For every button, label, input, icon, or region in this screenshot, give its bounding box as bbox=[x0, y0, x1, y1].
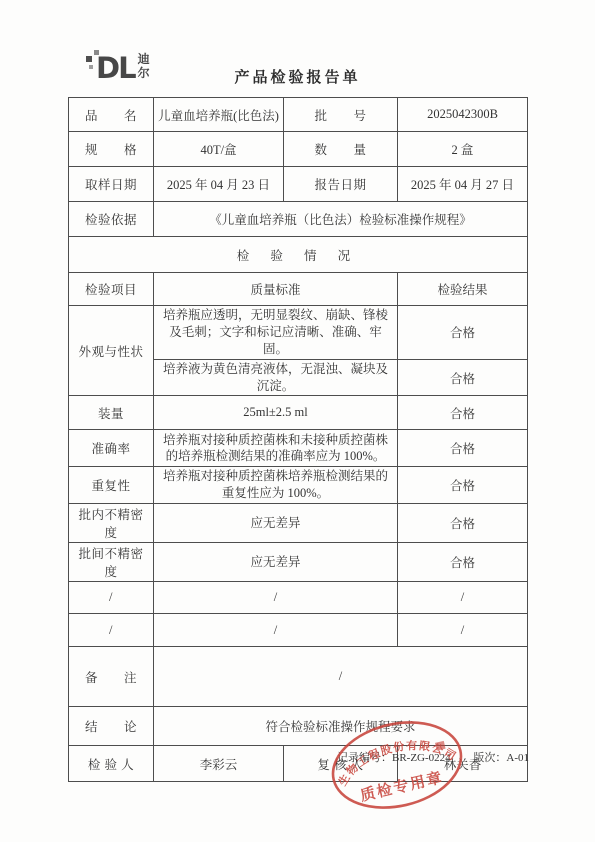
field-value: 《儿童血培养瓶（比色法）检验标准操作规程》 bbox=[154, 202, 528, 237]
quality-standard: / bbox=[154, 582, 398, 614]
inspector-name: 李彩云 bbox=[154, 746, 284, 782]
table-row: 重复性 培养瓶对接种质控菌株培养瓶检测结果的重复性应为 100%。 合格 bbox=[69, 467, 528, 504]
quality-standard: 25ml±2.5 ml bbox=[154, 396, 398, 430]
quality-standard: / bbox=[154, 614, 398, 647]
field-value: 儿童血培养瓶(比色法) bbox=[154, 98, 284, 132]
table-row: 装量 25ml±2.5 ml 合格 bbox=[69, 396, 528, 430]
table-row: / / / bbox=[69, 582, 528, 614]
inspection-result: 合格 bbox=[398, 396, 528, 430]
field-label: 批内不精密度 bbox=[69, 504, 154, 543]
field-label: 备 注 bbox=[69, 647, 154, 707]
field-label: / bbox=[69, 614, 154, 647]
field-label: 检 验 人 bbox=[69, 746, 154, 782]
stamp-ellipse bbox=[324, 710, 469, 819]
inspection-result: / bbox=[398, 614, 528, 647]
column-header-result: 检验结果 bbox=[398, 273, 528, 306]
field-label: 结 论 bbox=[69, 707, 154, 746]
field-value: 2025 年 04 月 23 日 bbox=[154, 167, 284, 202]
column-header-standard: 质量标准 bbox=[154, 273, 398, 306]
field-label: 取样日期 bbox=[69, 167, 154, 202]
field-label: 数 量 bbox=[284, 132, 398, 167]
field-label: / bbox=[69, 582, 154, 614]
field-value: 2025 年 04 月 27 日 bbox=[398, 167, 528, 202]
field-value: 2025042300B bbox=[398, 98, 528, 132]
inspection-result: 合格 bbox=[398, 504, 528, 543]
column-header-item: 检验项目 bbox=[69, 273, 154, 306]
field-label: 重复性 bbox=[69, 467, 154, 504]
quality-standard: 培养瓶应透明，无明显裂纹、崩缺、锋棱及毛刺；文字和标记应清晰、准确、牢固。 bbox=[154, 306, 398, 360]
field-label: 装量 bbox=[69, 396, 154, 430]
quality-standard: 培养瓶对接种质控菌株培养瓶检测结果的重复性应为 100%。 bbox=[154, 467, 398, 504]
quality-standard: 应无差异 bbox=[154, 543, 398, 582]
quality-standard: 培养瓶对接种质控菌株和未接种质控菌株的培养瓶检测结果的准确率应为 100%。 bbox=[154, 430, 398, 467]
field-label: 批 号 bbox=[284, 98, 398, 132]
table-row: 规 格 40T/盒 数 量 2 盒 bbox=[69, 132, 528, 167]
field-label: 准确率 bbox=[69, 430, 154, 467]
inspection-result: 合格 bbox=[398, 430, 528, 467]
report-page: DL 迪 尔 产品检验报告单 品 名 儿童血培养瓶(比色法) 批 号 20250… bbox=[0, 0, 595, 842]
inspection-result: 合格 bbox=[398, 359, 528, 396]
quality-standard: 培养液为黄色清亮液体，无混浊、凝块及沉淀。 bbox=[154, 359, 398, 396]
field-label: 检验依据 bbox=[69, 202, 154, 237]
table-row: 外观与性状 培养瓶应透明，无明显裂纹、崩缺、锋棱及毛刺；文字和标记应清晰、准确、… bbox=[69, 306, 528, 360]
field-value: 2 盒 bbox=[398, 132, 528, 167]
field-label: 规 格 bbox=[69, 132, 154, 167]
table-row: 批内不精密度 应无差异 合格 bbox=[69, 504, 528, 543]
table-row: 取样日期 2025 年 04 月 23 日 报告日期 2025 年 04 月 2… bbox=[69, 167, 528, 202]
field-label: 报告日期 bbox=[284, 167, 398, 202]
table-row: 品 名 儿童血培养瓶(比色法) 批 号 2025042300B bbox=[69, 98, 528, 132]
field-label: 品 名 bbox=[69, 98, 154, 132]
field-value: 40T/盒 bbox=[154, 132, 284, 167]
field-label: 批间不精密度 bbox=[69, 543, 154, 582]
inspection-result: 合格 bbox=[398, 306, 528, 360]
logo-pixel-square bbox=[86, 56, 92, 62]
table-row: 准确率 培养瓶对接种质控菌株和未接种质控菌株的培养瓶检测结果的准确率应为 100… bbox=[69, 430, 528, 467]
field-label: 外观与性状 bbox=[69, 306, 154, 396]
page-title: 产品检验报告单 bbox=[0, 66, 595, 87]
section-title: 检 验 情 况 bbox=[69, 237, 528, 273]
table-row: / / / bbox=[69, 614, 528, 647]
quality-stamp: 生物工程股份有限公司 质检专用章 bbox=[311, 694, 483, 841]
quality-standard: 应无差异 bbox=[154, 504, 398, 543]
table-row: 检验依据 《儿童血培养瓶（比色法）检验标准操作规程》 bbox=[69, 202, 528, 237]
inspection-result: 合格 bbox=[398, 467, 528, 504]
inspection-result: 合格 bbox=[398, 543, 528, 582]
table-row: 检 验 情 况 bbox=[69, 237, 528, 273]
inspection-result: / bbox=[398, 582, 528, 614]
table-row: 批间不精密度 应无差异 合格 bbox=[69, 543, 528, 582]
report-table: 品 名 儿童血培养瓶(比色法) 批 号 2025042300B 规 格 40T/… bbox=[68, 97, 528, 782]
logo-pixel-square bbox=[94, 50, 99, 55]
stamp-main-text: 质检专用章 bbox=[359, 768, 446, 805]
table-header-row: 检验项目 质量标准 检验结果 bbox=[69, 273, 528, 306]
